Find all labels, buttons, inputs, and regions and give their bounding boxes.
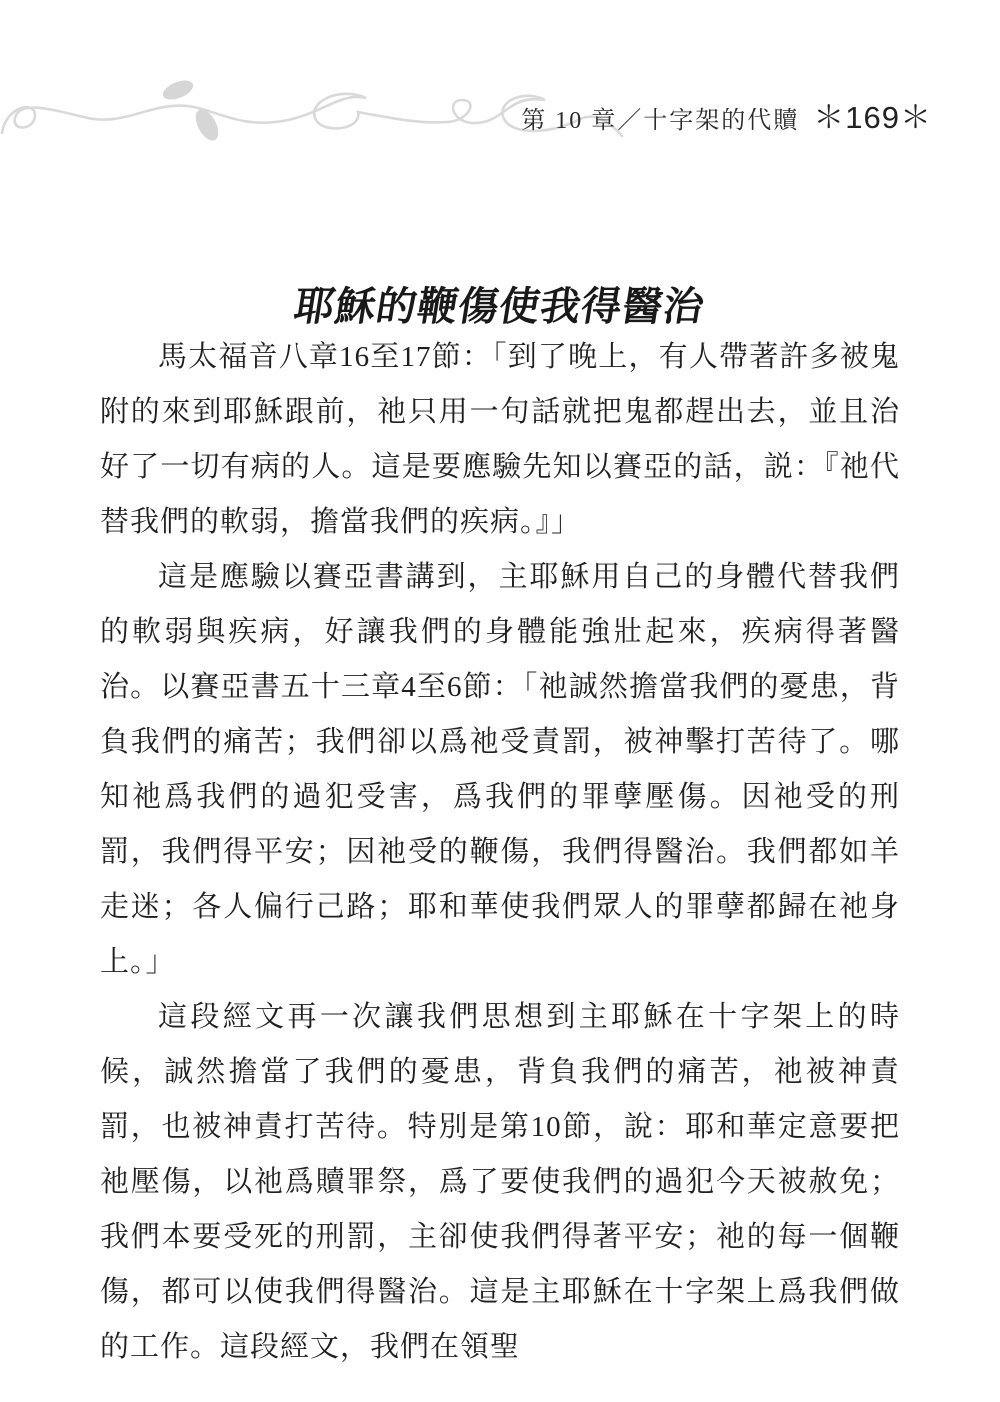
- page-number: ＊169＊: [813, 92, 932, 137]
- section-title: 耶穌的鞭傷使我得醫治: [0, 275, 1000, 332]
- running-header: 第 10 章／十字架的代贖 ＊169＊: [521, 92, 932, 137]
- chapter-label: 第 10 章／十字架的代贖: [521, 100, 799, 135]
- body-text: 馬太福音八章16至17節：「到了晚上，有人帶著許多被鬼附的來到耶穌跟前，祂只用一…: [100, 330, 900, 1375]
- book-page: 第 10 章／十字架的代贖 ＊169＊ 耶穌的鞭傷使我得醫治 馬太福音八章16至…: [0, 0, 1000, 1402]
- paragraph-commentary: 這段經文再一次讓我們思想到主耶穌在十字架上的時候，誠然擔當了我們的憂患，背負我們…: [100, 990, 900, 1375]
- paragraph-scripture-isaiah: 這是應驗以賽亞書講到，主耶穌用自己的身體代替我們的軟弱與疾病，好讓我們的身體能強…: [100, 550, 900, 990]
- leaf-icon: [191, 106, 223, 144]
- paragraph-scripture-matthew: 馬太福音八章16至17節：「到了晚上，有人帶著許多被鬼附的來到耶穌跟前，祂只用一…: [100, 330, 900, 550]
- leaf-icon: [160, 78, 196, 103]
